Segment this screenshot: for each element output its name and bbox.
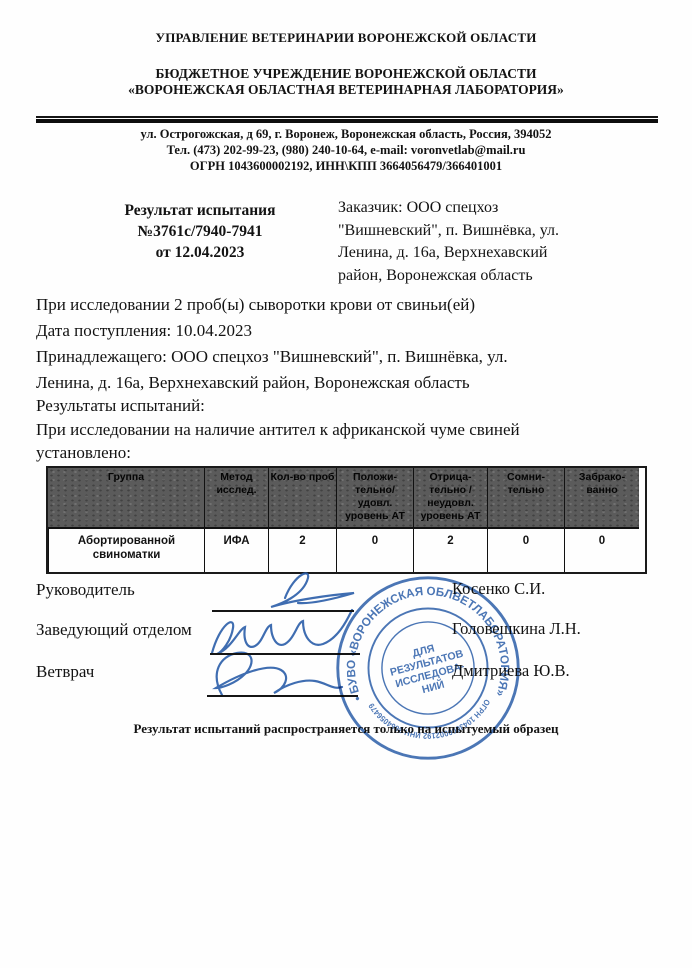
signature-role-head-of-department: Заведующий отделом <box>36 620 192 640</box>
header-divider <box>36 116 658 123</box>
body-line: Ленина, д. 16а, Верхнехавский район, Вор… <box>36 373 470 393</box>
stamp-ring-bottom-text: ОГРН 1043600002192 ИНН 3664056479 <box>367 698 492 741</box>
contacts-line: Тел. (473) 202-99-23, (980) 240-10-64, e… <box>0 143 692 158</box>
registration-line: ОГРН 1043600002192, ИНН\КПП 3664056479/3… <box>0 159 692 174</box>
table-header-negative: Отрица- тельно / неудовл. уровень АТ <box>413 468 487 529</box>
official-stamp: • БУВО «ВОРОНЕЖСКАЯ ОБЛВЕТЛАБОРАТОРИЯ» О… <box>332 572 524 764</box>
body-line: Результаты испытаний: <box>36 396 205 416</box>
body-line: При исследовании на наличие антител к аф… <box>36 420 520 440</box>
table-header-method: Метод исслед. <box>204 468 268 529</box>
customer-line: Заказчик: ООО спецхоз <box>338 197 638 220</box>
body-line: Принадлежащего: ООО спецхоз "Вишневский"… <box>36 347 508 367</box>
signature-stroke-2 <box>212 610 352 654</box>
divider-thin-line <box>36 116 658 118</box>
customer-line: район, Воронежская область <box>338 265 638 288</box>
signature-role-director: Руководитель <box>36 580 135 600</box>
customer-block: Заказчик: ООО спецхоз "Вишневский", п. В… <box>338 197 638 287</box>
table-header-sample-count: Кол-во проб <box>268 468 336 529</box>
result-date: от 12.04.2023 <box>55 242 345 263</box>
divider-thick-line <box>36 119 658 123</box>
org-name-line-1: БЮДЖЕТНОЕ УЧРЕЖДЕНИЕ ВОРОНЕЖСКОЙ ОБЛАСТИ <box>0 66 692 82</box>
signature-role-vet: Ветврач <box>36 662 94 682</box>
signature-stroke-3 <box>216 653 342 695</box>
svg-text:ОГРН 1043600002192 ИНН 3664056: ОГРН 1043600002192 ИНН 3664056479 <box>367 698 492 741</box>
body-line: При исследовании 2 проб(ы) сыворотки кро… <box>36 295 475 315</box>
table-header-rejected: Забрако- ванно <box>564 468 639 529</box>
result-title-block: Результат испытания №3761с/7940-7941 от … <box>55 200 345 263</box>
address-line: ул. Острогожская, д 69, г. Воронеж, Воро… <box>0 127 692 142</box>
body-line: установлено: <box>36 443 131 463</box>
table-cell-rejected: 0 <box>564 529 639 572</box>
result-number: №3761с/7940-7941 <box>55 221 345 242</box>
department-title: УПРАВЛЕНИЕ ВЕТЕРИНАРИИ ВОРОНЕЖСКОЙ ОБЛАС… <box>0 30 692 46</box>
org-name-line-2: «ВОРОНЕЖСКАЯ ОБЛАСТНАЯ ВЕТЕРИНАРНАЯ ЛАБО… <box>0 82 692 98</box>
body-line: Дата поступления: 10.04.2023 <box>36 321 252 341</box>
table-header-group: Группа <box>48 468 204 529</box>
table-header-positive: Положи- тельно/ удовл. уровень АТ <box>336 468 413 529</box>
table-header-doubtful: Сомни- тельно <box>487 468 564 529</box>
customer-line: "Вишневский", п. Вишнёвка, ул. <box>338 220 638 243</box>
customer-line: Ленина, д. 16а, Верхнехавский <box>338 242 638 265</box>
results-table: Группа Метод исслед. Кол-во проб Положи-… <box>46 466 647 574</box>
scanned-document-page: УПРАВЛЕНИЕ ВЕТЕРИНАРИИ ВОРОНЕЖСКОЙ ОБЛАС… <box>0 0 692 968</box>
table-cell-doubtful: 0 <box>487 529 564 572</box>
result-title: Результат испытания <box>55 200 345 221</box>
